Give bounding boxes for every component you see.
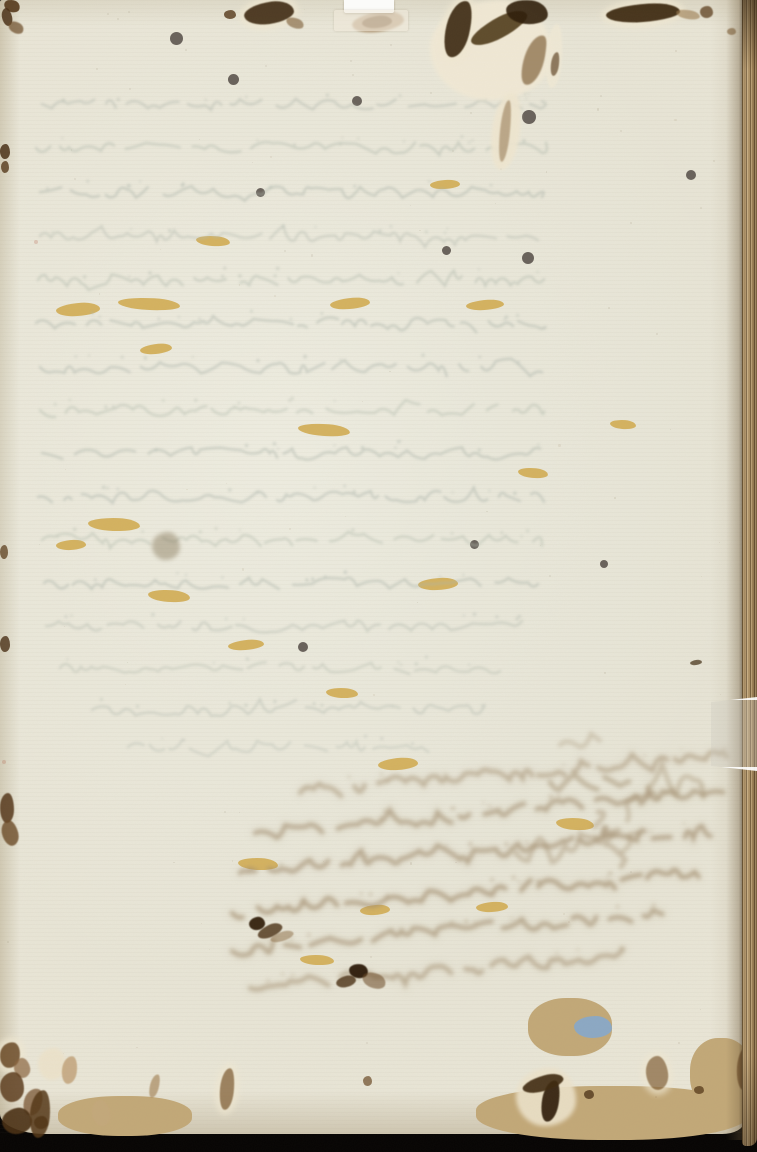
damage-mark-b-curl-5 [644, 1055, 669, 1091]
damage-mark-left-curl-b [0, 818, 21, 847]
damage-mark-left-hole-a [0, 144, 10, 159]
damage-mark-left-curl-a [0, 793, 14, 823]
damage-mark-b-dot-2 [584, 1090, 594, 1099]
damage-mark-top-long-tail [675, 8, 700, 21]
damage-mark-top-blob-c [285, 15, 305, 31]
ink-blot-5 [360, 969, 388, 991]
damage-mark-b-thin [147, 1073, 162, 1098]
damage-mark-b-dot-3 [694, 1086, 704, 1094]
book-fore-edge [742, 0, 757, 1146]
translucent-tape [334, 10, 408, 31]
damage-mark-mid-smudge [152, 532, 180, 560]
damage-mark-b-curl-3 [90, 1099, 112, 1128]
damage-mark-bl-c [0, 1072, 24, 1102]
plastic-page-holder [711, 697, 757, 771]
manuscript-scan: Aged cream paper page of a codex photogr… [0, 0, 757, 1152]
damage-layer [0, 0, 757, 1152]
damage-mark-b-curl-4 [218, 1067, 236, 1110]
damage-mark-top-blob-b [224, 10, 236, 19]
damage-mark-left-hole-c [0, 545, 8, 559]
damage-mark-left-hole-b [1, 161, 9, 173]
page-edge-shadow [726, 0, 742, 1140]
damage-mark-mid-right-dash [690, 659, 703, 666]
damage-mark-top-dot-a [700, 6, 713, 18]
damage-mark-top-long-blob [605, 1, 680, 24]
damage-mark-tl-squiggle-c [6, 19, 25, 37]
ink-blot-4 [335, 974, 357, 990]
damage-mark-left-hole-d [0, 636, 10, 652]
damage-mark-b-dot-1 [363, 1076, 372, 1086]
